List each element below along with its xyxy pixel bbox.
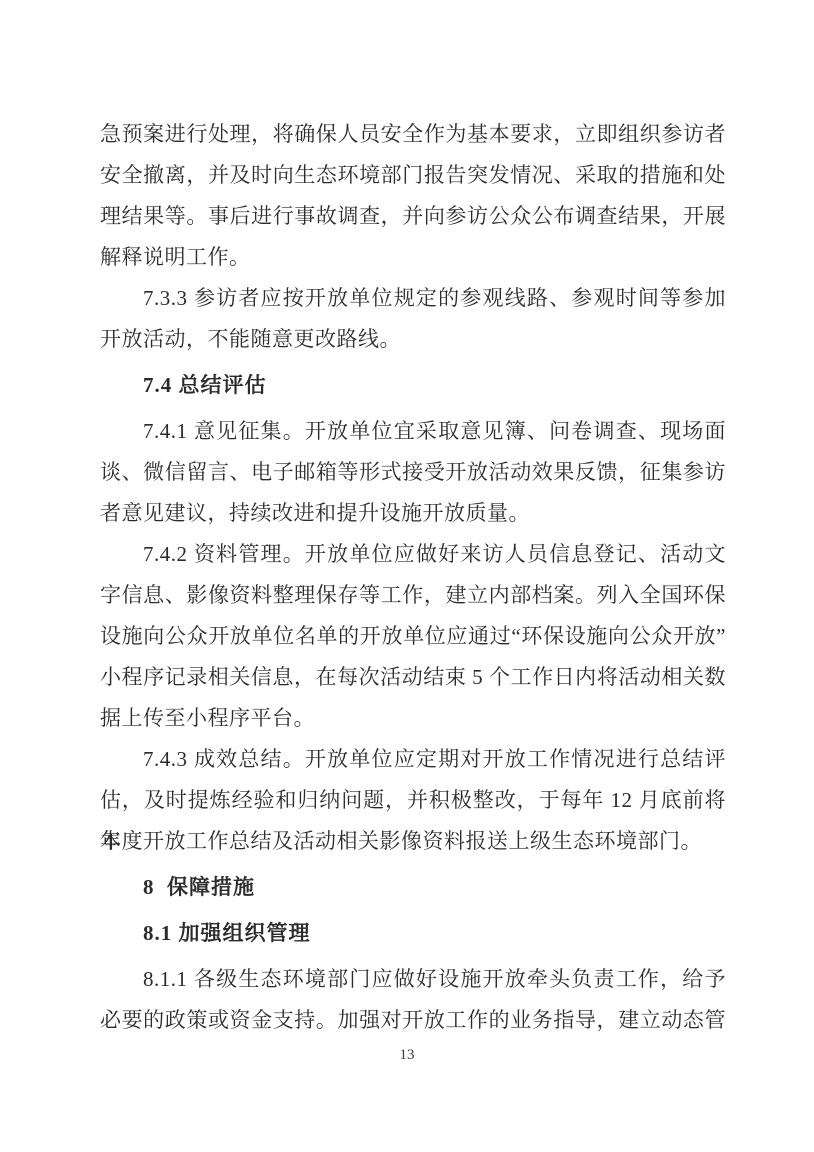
paragraph: 8.1.1 各级生态环境部门应做好设施开放牵头负责工作，给予必要的政策或资金支持… (100, 959, 726, 1041)
text-line: 理结果等。事后进行事故调查，并向参访公众公布调查结果，开展 (100, 196, 726, 237)
text-line: 小程序记录相关信息，在每次活动结束 5 个工作日内将活动相关数 (100, 657, 726, 698)
text-line: 年度开放工作总结及活动相关影像资料报送上级生态环境部门。 (100, 821, 726, 862)
text-line: 7.4.3 成效总结。开放单位应定期对开放工作情况进行总结评 (100, 739, 726, 780)
text-line: 急预案进行处理，将确保人员安全作为基本要求，立即组织参访者 (100, 114, 726, 155)
text-line: 8.1.1 各级生态环境部门应做好设施开放牵头负责工作，给予 (100, 959, 726, 1000)
text-line: 者意见建议，持续改进和提升设施开放质量。 (100, 493, 726, 534)
section-heading: 8.1 加强组织管理 (100, 913, 726, 954)
paragraph: 急预案进行处理，将确保人员安全作为基本要求，立即组织参访者安全撤离，并及时向生态… (100, 114, 726, 278)
text-line: 谈、微信留言、电子邮箱等形式接受开放活动效果反馈，征集参访 (100, 452, 726, 493)
text-line: 安全撤离，并及时向生态环境部门报告突发情况、采取的措施和处 (100, 155, 726, 196)
text-line: 估，及时提炼经验和归纳问题，并积极整改，于每年 12 月底前将本 (100, 780, 726, 821)
text-line: 据上传至小程序平台。 (100, 698, 726, 739)
page-number: 13 (400, 1047, 415, 1063)
paragraph: 7.4.1 意见征集。开放单位宜采取意见簿、问卷调查、现场面谈、微信留言、电子邮… (100, 411, 726, 534)
text-line: 8 保障措施 (100, 867, 726, 908)
paragraph: 7.4.3 成效总结。开放单位应定期对开放工作情况进行总结评估，及时提炼经验和归… (100, 739, 726, 862)
text-line: 解释说明工作。 (100, 237, 726, 278)
page-footer: 13 (0, 1046, 814, 1064)
paragraph: 7.3.3 参访者应按开放单位规定的参观线路、参观时间等参加开放活动，不能随意更… (100, 278, 726, 360)
document-page: 急预案进行处理，将确保人员安全作为基本要求，立即组织参访者安全撤离，并及时向生态… (0, 0, 814, 1152)
paragraph: 7.4.2 资料管理。开放单位应做好来访人员信息登记、活动文字信息、影像资料整理… (100, 534, 726, 739)
text-line: 开放活动，不能随意更改路线。 (100, 319, 726, 360)
text-line: 7.3.3 参访者应按开放单位规定的参观线路、参观时间等参加 (100, 278, 726, 319)
text-line: 字信息、影像资料整理保存等工作，建立内部档案。列入全国环保 (100, 575, 726, 616)
text-line: 7.4.2 资料管理。开放单位应做好来访人员信息登记、活动文 (100, 534, 726, 575)
document-body: 急预案进行处理，将确保人员安全作为基本要求，立即组织参访者安全撤离，并及时向生态… (100, 114, 726, 1041)
section-heading: 7.4 总结评估 (100, 365, 726, 406)
text-line: 7.4.1 意见征集。开放单位宜采取意见簿、问卷调查、现场面 (100, 411, 726, 452)
text-line: 7.4 总结评估 (100, 365, 726, 406)
text-line: 必要的政策或资金支持。加强对开放工作的业务指导，建立动态管 (100, 1000, 726, 1041)
section-heading: 8 保障措施 (100, 867, 726, 908)
text-line: 8.1 加强组织管理 (100, 913, 726, 954)
text-line: 设施向公众开放单位名单的开放单位应通过“环保设施向公众开放” (100, 616, 726, 657)
